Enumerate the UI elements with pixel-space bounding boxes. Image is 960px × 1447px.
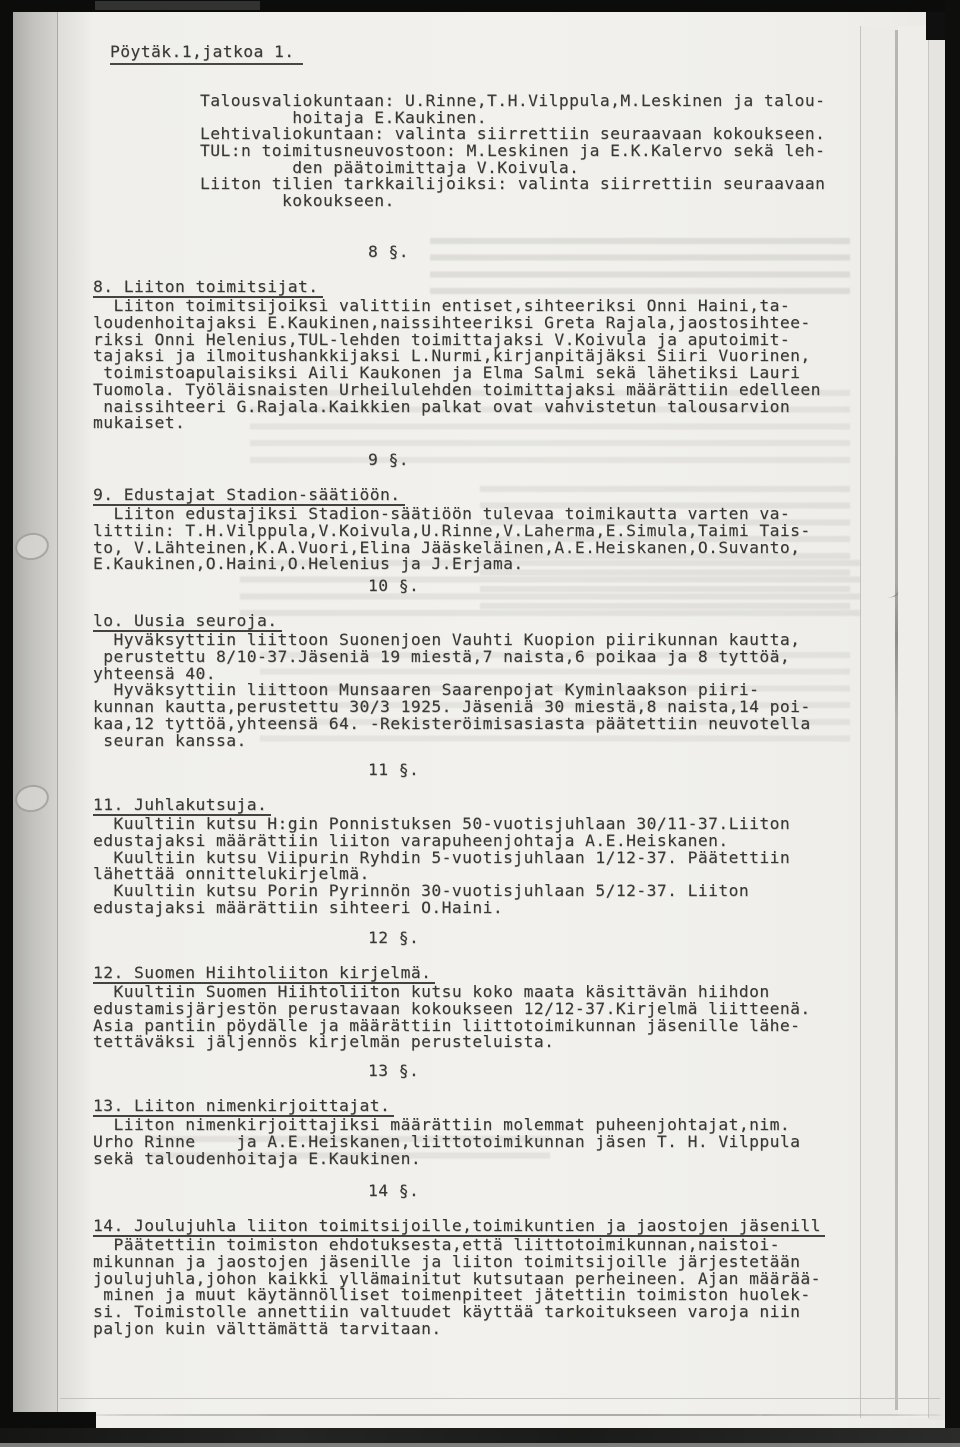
section-title-row: 8. Liiton toimitsijat. (93, 277, 873, 299)
section-title-row: 9. Edustajat Stadion-säätiöön. (93, 485, 873, 507)
scan-border-left (0, 0, 13, 1447)
scan-border-bottom-shade (0, 1443, 960, 1447)
section: 9 §.9. Edustajat Stadion-säätiöön. Liito… (93, 452, 873, 573)
paragraph-mark: 11 §. (93, 762, 873, 779)
section-title-row: 14. Joulujuhla liiton toimitsijoille,toi… (93, 1216, 873, 1238)
section-body: Kuultiin Suomen Hiihtoliiton kutsu koko … (93, 984, 873, 1051)
section-body: Päätettiin toimiston ehdotuksesta,että l… (93, 1237, 873, 1337)
paragraph-mark: 12 §. (93, 930, 873, 947)
paragraph-mark: 8 §. (93, 244, 873, 261)
section-body: Liiton nimenkirjoittajiksi määrättiin mo… (93, 1117, 873, 1167)
book-spine-shadow (13, 12, 58, 1428)
section-body: Hyväksyttiin liittoon Suonenjoen Vauhti … (93, 632, 873, 749)
text-line: kaa,12 tyttöä,yhteensä 64. -Rekisteröimi… (93, 716, 873, 733)
paragraph-mark: 14 §. (93, 1183, 873, 1200)
section: 8 §.8. Liiton toimitsijat. Liiton toimit… (93, 244, 873, 432)
text-line: tettäväksi jäljennös kirjelmän perustelu… (93, 1034, 873, 1051)
text-line: naissihteeri G.Rajala.Kaikkien palkat ov… (93, 399, 873, 416)
text-line: mukaiset. (93, 415, 873, 432)
section-title-row: lo. Uusia seuroja. (93, 611, 873, 633)
page-label: Pöytäk.1,jatkoa 1. (110, 42, 303, 65)
scan-border-bottom (0, 1428, 960, 1444)
paragraph-mark: 9 §. (93, 452, 873, 469)
section: 14 §.14. Joulujuhla liiton toimitsijoill… (93, 1183, 873, 1338)
spine-shadow-fade (58, 12, 92, 1428)
text-line: sekä taloudenhoitaja E.Kaukinen. (93, 1151, 873, 1168)
text-line: seuran kanssa. (93, 733, 873, 750)
page-bottom-edge (60, 1398, 940, 1399)
section: 12 §.12. Suomen Hiihtoliiton kirjelmä. K… (93, 930, 873, 1051)
scan-border-right (945, 0, 960, 1447)
page-bottom-edge (80, 1414, 942, 1416)
section-title-row: 11. Juhlakutsuja. (93, 795, 873, 817)
text-line: Tuomola. Työläisnaisten Urheilulehden to… (93, 382, 873, 399)
section-body: Liiton toimitsijoiksi valittiin entiset,… (93, 298, 873, 432)
page-edge-strip (898, 26, 929, 1418)
scanned-minutes-page: Pöytäk.1,jatkoa 1. Talousvaliokuntaan: U… (0, 0, 960, 1447)
text-line: paljon kuin välttämättä tarvitaan. (93, 1321, 873, 1338)
text-line: E.Kaukinen,O.Haini,O.Helenius ja J.Erjam… (93, 556, 873, 573)
section: 10 §.lo. Uusia seuroja. Hyväksyttiin lii… (93, 578, 873, 749)
section: 11 §.11. Juhlakutsuja. Kuultiin kutsu H:… (93, 762, 873, 917)
scan-border-texture (95, 1, 260, 10)
paragraph-mark: 10 §. (93, 578, 873, 595)
section: 13 §.13. Liiton nimenkirjoittajat. Liito… (93, 1063, 873, 1167)
text-line: edustajaksi määrättiin sihteeri O.Haini. (93, 900, 873, 917)
text-line: kokoukseen. (200, 193, 825, 210)
page-label-text: Pöytäk.1,jatkoa 1. (110, 44, 303, 65)
section-body: Liiton edustajiksi Stadion-säätiöön tule… (93, 506, 873, 573)
paragraph-mark: 13 §. (93, 1063, 873, 1080)
section-title-row: 12. Suomen Hiihtoliiton kirjelmä. (93, 963, 873, 985)
section-title-row: 13. Liiton nimenkirjoittajat. (93, 1096, 873, 1118)
intro-paragraph: Talousvaliokuntaan: U.Rinne,T.H.Vilppula… (200, 93, 825, 210)
section-body: Kuultiin kutsu H:gin Ponnistuksen 50-vuo… (93, 816, 873, 916)
